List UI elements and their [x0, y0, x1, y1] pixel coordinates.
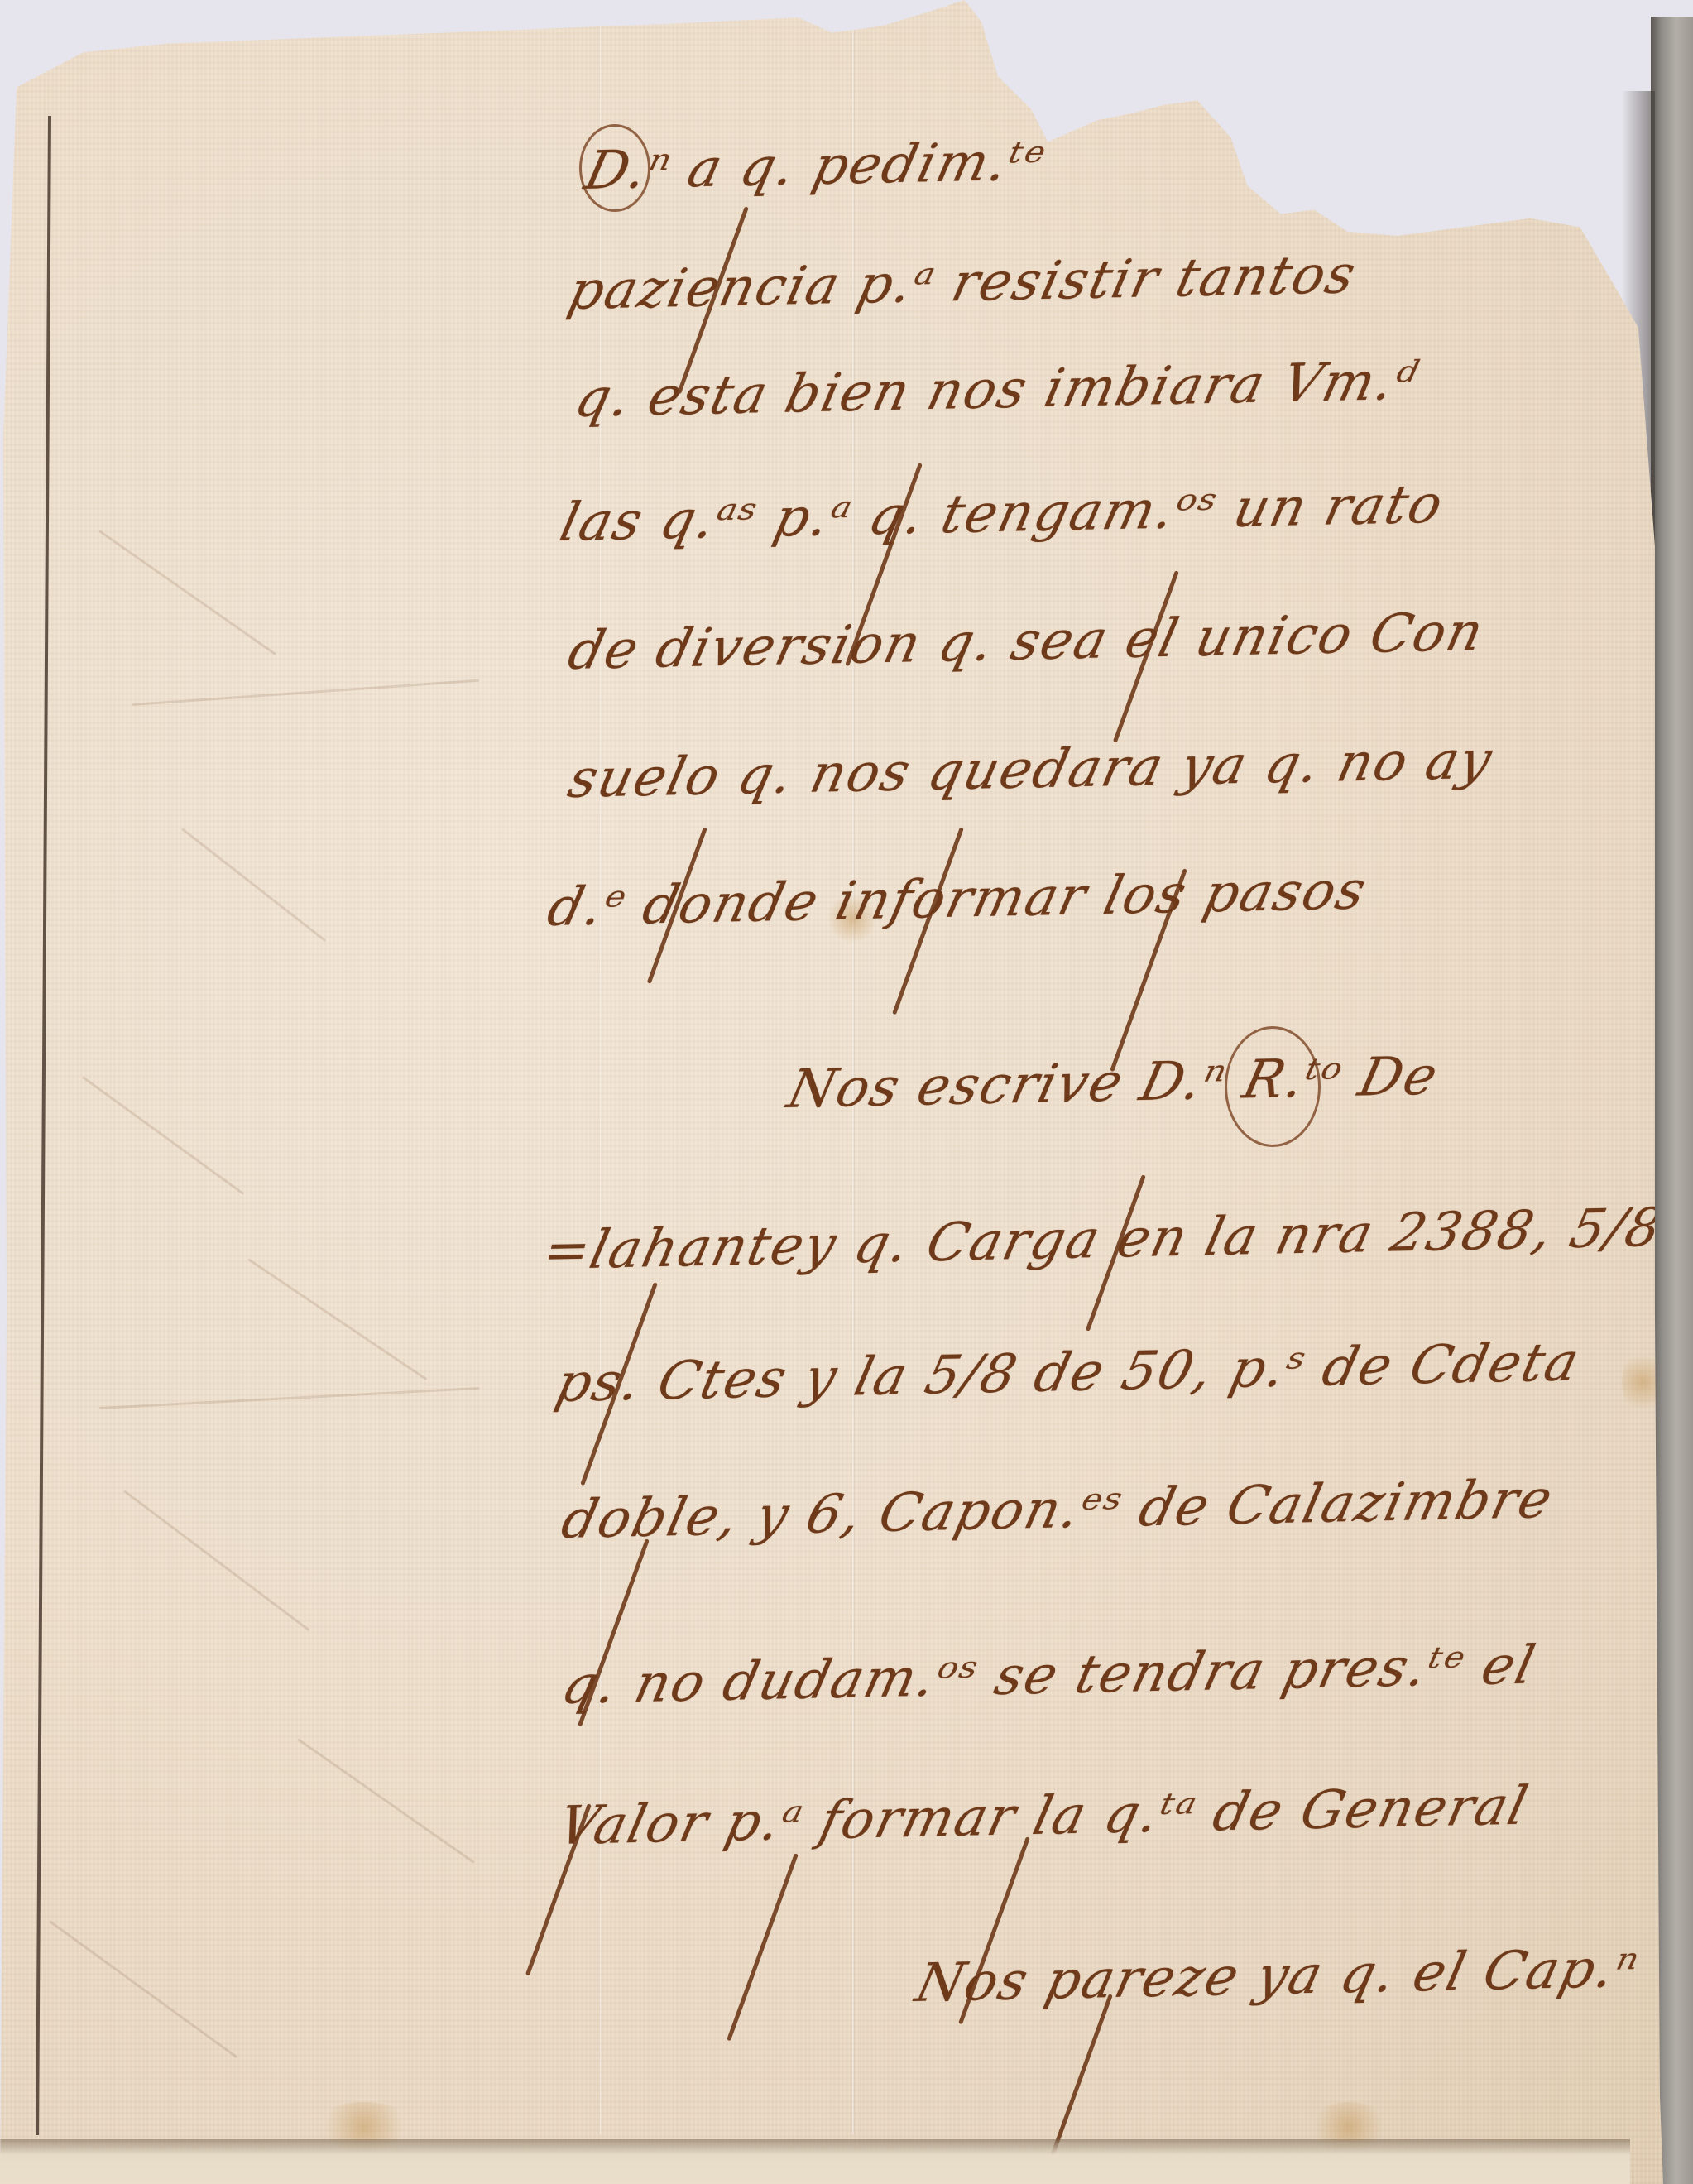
initial-d-flourish [579, 124, 650, 212]
initial-d-flourish [1225, 1026, 1321, 1147]
bottom-fold-edge [0, 2139, 1630, 2184]
letter-page: D.ⁿ a q. pedim.ᵗᵉ paziencia p.ᵃ resistir… [0, 0, 1663, 2184]
